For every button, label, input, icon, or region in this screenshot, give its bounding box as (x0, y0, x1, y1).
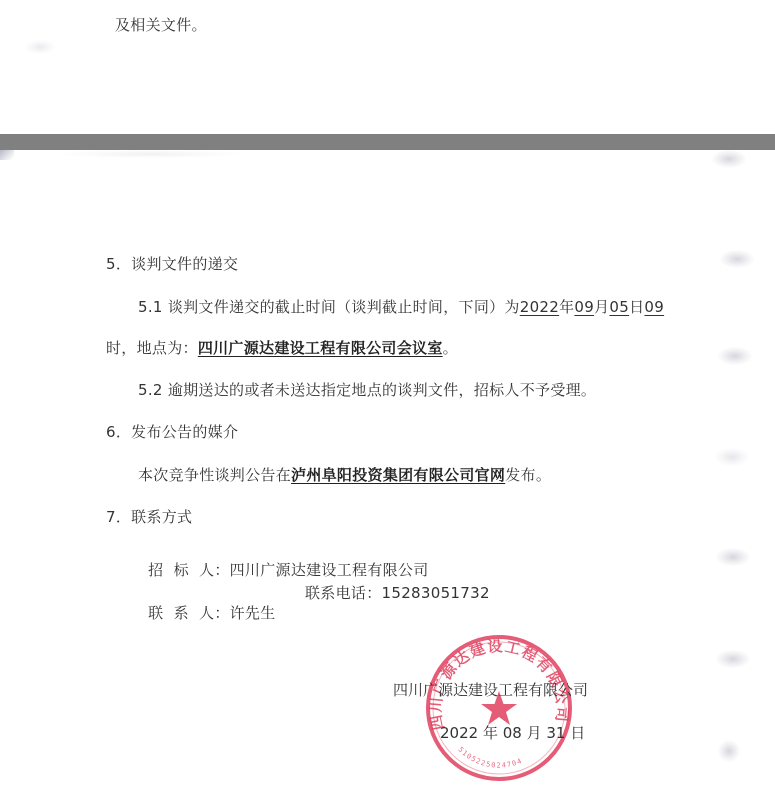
signature-company: 四川广源达建设工程有限公司 (393, 680, 588, 700)
scan-speckle (716, 548, 750, 566)
phone-label: 联系电话： (305, 584, 382, 602)
phone-value: 15283051732 (382, 584, 490, 602)
contact-row: 联 系 人：许先生 (138, 583, 276, 623)
section-5-heading: 5．谈判文件的递交 (106, 254, 238, 274)
year-unit: 年 (559, 298, 574, 316)
day-unit: 日 (629, 298, 644, 316)
tenderer-label: 招 标 人： (148, 561, 229, 579)
month-unit: 月 (594, 298, 609, 316)
contact-label: 联 系 人： (148, 604, 229, 622)
signature-date: 2022 年 08 月 31 日 (440, 723, 585, 743)
page-separator (0, 134, 775, 150)
publication-media: 泸州阜阳投资集团有限公司官网 (291, 466, 505, 484)
location-label: 时，地点为： (106, 339, 198, 357)
deadline-day: 05 (609, 298, 629, 316)
section-5-1-line2: 时，地点为：四川广源达建设工程有限公司会议室。 (106, 338, 458, 358)
section-5-1-prefix: 5.1 谈判文件递交的截止时间（谈判截止时间，下同）为 (138, 298, 520, 316)
scan-speckle (715, 448, 749, 466)
deadline-hour: 09 (644, 298, 664, 316)
contact-value: 许先生 (230, 604, 276, 622)
scan-speckle (60, 150, 240, 158)
media-prefix: 本次竞争性谈判公告在 (138, 466, 291, 484)
deadline-month: 09 (574, 298, 594, 316)
period: 。 (443, 339, 458, 357)
tenderer-row: 招 标 人：四川广源达建设工程有限公司 (138, 540, 429, 580)
scan-speckle (720, 250, 754, 268)
media-suffix: 发布。 (505, 466, 551, 484)
scan-speckle (718, 740, 740, 762)
page-top: 及相关文件。 (0, 0, 775, 134)
section-7-heading: 7．联系方式 (106, 507, 192, 527)
deadline-year: 2022 (520, 298, 559, 316)
phone-row: 联系电话：15283051732 (305, 583, 490, 603)
page-top-tail-text: 及相关文件。 (115, 15, 207, 35)
section-6-heading: 6．发布公告的媒介 (106, 422, 238, 442)
scan-speckle (712, 150, 746, 168)
scan-speckle (25, 40, 55, 54)
page-corner-fold (0, 150, 14, 160)
company-seal-icon: 四川广源达建设工程有限公司 5105225024704 (424, 633, 574, 783)
submission-location: 四川广源达建设工程有限公司会议室 (198, 339, 443, 357)
section-5-2: 5.2 逾期送达的或者未送达指定地点的谈判文件，招标人不予受理。 (138, 380, 596, 400)
section-5-1-line1: 5.1 谈判文件递交的截止时间（谈判截止时间，下同）为2022年09月05日09 (138, 297, 664, 317)
scan-speckle (716, 650, 750, 668)
tenderer-value: 四川广源达建设工程有限公司 (230, 561, 429, 579)
section-6-text: 本次竞争性谈判公告在泸州阜阳投资集团有限公司官网发布。 (138, 465, 551, 485)
scan-speckle (718, 347, 752, 365)
